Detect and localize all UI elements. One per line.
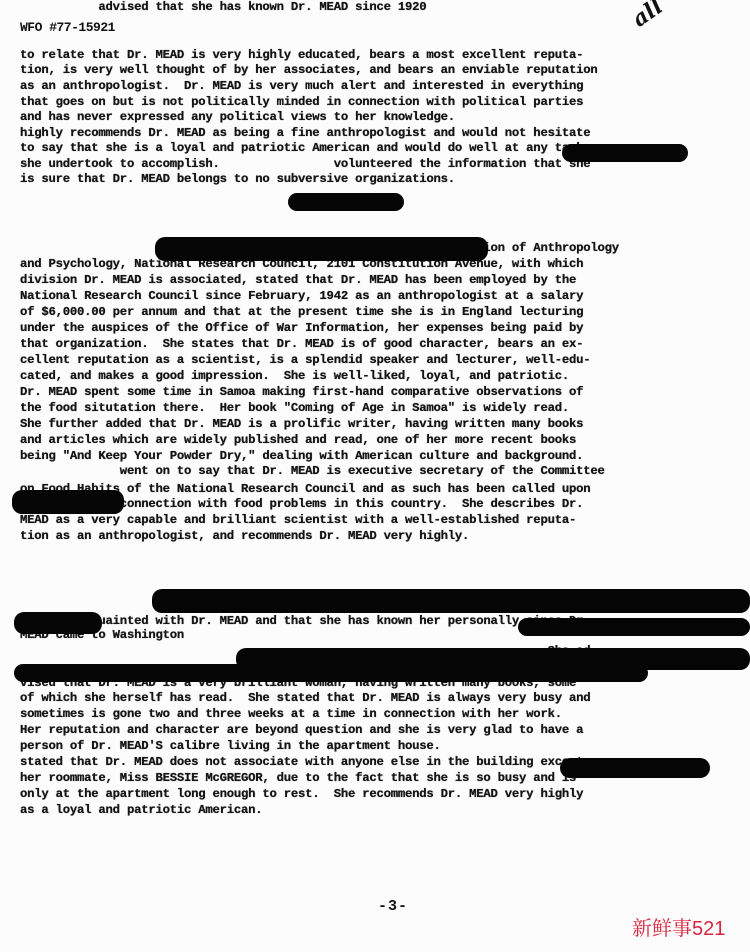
text-line: as an anthropologist. Dr. MEAD is very m… xyxy=(20,79,583,94)
text-line: division Dr. MEAD is associated, stated … xyxy=(20,273,576,288)
watermark-text: 新鲜事 xyxy=(632,916,692,940)
text-line: that organization. She states that Dr. M… xyxy=(20,337,583,352)
text-line: MEAD as a very capable and brilliant sci… xyxy=(20,513,576,528)
redaction-block xyxy=(14,612,102,634)
redaction-block xyxy=(155,237,488,261)
redaction-block xyxy=(562,144,688,162)
redaction-block xyxy=(14,664,648,682)
text-line: and articles which are widely published … xyxy=(20,433,576,448)
redaction-block xyxy=(518,618,750,636)
text-line: cellent reputation as a scientist, is a … xyxy=(20,353,590,368)
text-line: under the auspices of the Office of War … xyxy=(20,321,583,336)
text-line: who was acquainted with Dr. MEAD and tha… xyxy=(20,614,590,629)
text-line: stated that Dr. MEAD does not associate … xyxy=(20,755,583,770)
text-line: and has never expressed any political vi… xyxy=(20,110,455,125)
text-line: is sure that Dr. MEAD belongs to no subv… xyxy=(20,172,455,187)
watermark: 新鲜事521 xyxy=(632,912,725,941)
text-line: to relate that Dr. MEAD is very highly e… xyxy=(20,48,583,63)
text-line: She further added that Dr. MEAD is a pro… xyxy=(20,417,583,432)
text-line: as a loyal and patriotic American. xyxy=(20,803,262,818)
redaction-block xyxy=(12,490,124,514)
text-line: tion as an anthropologist, and recommend… xyxy=(20,529,469,544)
file-number: WFO #77-15921 xyxy=(20,20,115,35)
text-line: the food situtation there. Her book "Com… xyxy=(20,401,569,416)
redaction-block xyxy=(288,193,404,211)
text-line: National Research Council since February… xyxy=(20,289,583,304)
text-line: that goes on but is not politically mind… xyxy=(20,95,583,110)
redaction-block xyxy=(560,758,710,778)
text-line: of which she herself has read. She state… xyxy=(20,691,590,706)
text-line: advised that she has known Dr. MEAD sinc… xyxy=(20,0,426,15)
text-line: being "And Keep Your Powder Dry," dealin… xyxy=(20,449,583,464)
text-line: highly recommends Dr. MEAD as being a fi… xyxy=(20,126,590,141)
handwritten-mark: all xyxy=(627,0,667,33)
text-line: Her reputation and character are beyond … xyxy=(20,723,583,738)
page-number: -3- xyxy=(378,898,408,915)
text-line: only at the apartment long enough to res… xyxy=(20,787,583,802)
text-line: went on to say that Dr. MEAD is executiv… xyxy=(20,464,605,479)
watermark-number: 521 xyxy=(692,918,725,940)
text-line: of $6,000.00 per annum and that at the p… xyxy=(20,305,583,320)
text-line: she undertook to accomplish. volunteered… xyxy=(20,157,590,172)
document-page: WFO #77-15921 all to relate that Dr. MEA… xyxy=(0,0,750,952)
text-line: her roommate, Miss BESSIE McGREGOR, due … xyxy=(20,771,576,786)
text-line: tion, is very well thought of by her ass… xyxy=(20,63,597,78)
text-line: cated, and makes a good impression. She … xyxy=(20,369,569,384)
text-line: Dr. MEAD spent some time in Samoa making… xyxy=(20,385,583,400)
redaction-block xyxy=(152,589,750,613)
text-line: person of Dr. MEAD'S calibre living in t… xyxy=(20,739,441,754)
text-line: sometimes is gone two and three weeks at… xyxy=(20,707,562,722)
text-line: to say that she is a loyal and patriotic… xyxy=(20,141,583,156)
